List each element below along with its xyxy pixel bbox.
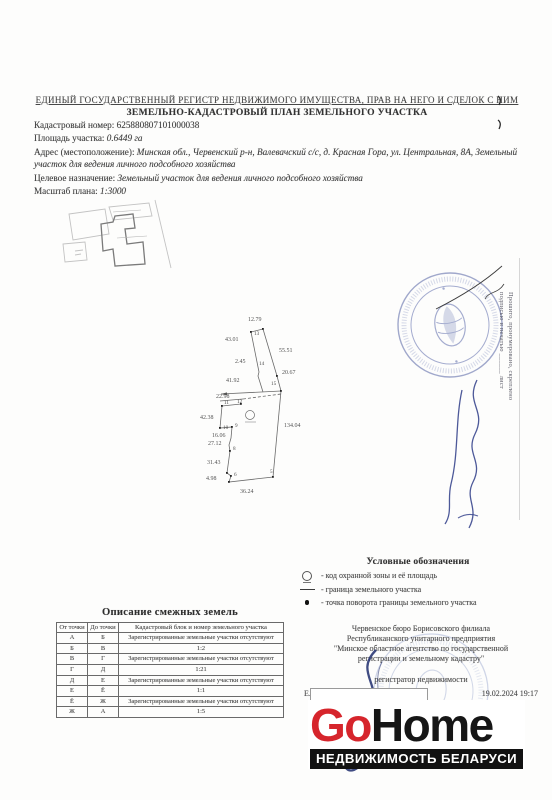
plan-measure: 20.67 xyxy=(282,370,296,376)
cell-block: 1:2 xyxy=(119,643,284,654)
plan-measure: 2.45 xyxy=(235,359,246,365)
cell-from: В xyxy=(57,654,88,665)
org-line-1: Червенское бюро Борисовского филиала xyxy=(300,624,542,634)
purpose-label: Целевое назначение: xyxy=(34,173,115,183)
plan-measure: 12.79 xyxy=(248,317,262,323)
col-header-block: Кадастровый блок и номер земельного учас… xyxy=(119,623,284,633)
table-row: Д Е Зарегистрированные земельные участки… xyxy=(57,675,284,686)
plan-vertex: 12 xyxy=(237,399,242,405)
cell-from: Ж xyxy=(57,707,88,718)
table-row: Ё Ж Зарегистрированные земельные участки… xyxy=(57,696,284,707)
cell-from: Е xyxy=(57,686,88,697)
legend-item-boundary-label: - граница земельного участка xyxy=(321,585,421,594)
plan-vertex: 9 xyxy=(235,423,238,429)
cell-block: 1:1 xyxy=(119,686,284,697)
area-line: Площадь участка: 0.6449 га xyxy=(34,132,520,144)
legend-item-zone-label: - код охранной зоны и её площадь xyxy=(321,571,437,580)
cadastral-number-value: 625880807101000038 xyxy=(117,120,200,130)
plan-measure: 41.92 xyxy=(226,378,240,384)
col-header-from: От точки xyxy=(57,623,88,633)
cell-block: 1:5 xyxy=(119,707,284,718)
cell-from: Ё xyxy=(57,696,88,707)
legend-item-turnpoint-label: - точка поворота границы земельного учас… xyxy=(321,598,477,607)
cell-to: Б xyxy=(88,633,119,644)
legend-item-zone: - код охранной зоны и её площадь xyxy=(298,571,538,581)
plan-measure: 31.43 xyxy=(207,460,221,466)
plan-measure: 4.98 xyxy=(206,476,217,482)
plan-vertex: 13 xyxy=(254,331,259,337)
legend-item-boundary: - граница земельного участка xyxy=(298,585,538,594)
plan-measure: 42.38 xyxy=(200,415,214,421)
cell-to: Ё xyxy=(88,686,119,697)
turn-point-icon xyxy=(298,598,316,605)
col-header-to: До точки xyxy=(88,623,119,633)
org-line-2: Республиканского унитарного предприятия xyxy=(300,634,542,644)
plan-vertex: 6 xyxy=(234,472,237,478)
protected-zone-code-symbol xyxy=(246,411,255,420)
address-line: Адрес (местоположение): Минская обл., Че… xyxy=(34,146,520,171)
plan-vertex: 14 xyxy=(259,361,264,367)
cell-block: 1:21 xyxy=(119,664,284,675)
adjacent-lands-title: Описание смежных земель xyxy=(56,607,284,618)
plan-measure: 43.01 xyxy=(225,337,239,343)
table-row: Е Ё 1:1 xyxy=(57,686,284,697)
cell-to: Е xyxy=(88,675,119,686)
plan-measure: 27.12 xyxy=(208,441,222,447)
zone-code-icon xyxy=(298,571,316,581)
plan-measure: 55.51 xyxy=(279,348,293,354)
logo-home-text: Home xyxy=(371,699,493,751)
cell-to: А xyxy=(88,707,119,718)
adjacent-lands-table: От точки До точки Кадастровый блок и ном… xyxy=(56,622,284,718)
legend: Условные обозначения - код охранной зоны… xyxy=(298,556,538,607)
logo-go-text: Go xyxy=(310,699,371,751)
cell-to: Ж xyxy=(88,696,119,707)
purpose-value: Земельный участок для ведения личного по… xyxy=(117,173,362,183)
plan-vertex: 8 xyxy=(233,446,236,452)
boundary-line-icon xyxy=(298,585,316,590)
inset-map-drawing xyxy=(55,194,187,274)
logo-tagline: НЕДВИЖИМОСТЬ БЕЛАРУСИ xyxy=(310,749,523,769)
table-row: Б В 1:2 xyxy=(57,643,284,654)
registrar-block: Червенское бюро Борисовского филиала Рес… xyxy=(300,624,542,698)
cadastral-number-line: Кадастровый номер: 625880807101000038 xyxy=(34,119,520,131)
purpose-line: Целевое назначение: Земельный участок дл… xyxy=(34,172,520,184)
registrar-role: регистратор недвижимости xyxy=(300,675,542,684)
legend-title: Условные обозначения xyxy=(298,556,538,567)
plan-vertex: 15 xyxy=(271,381,276,387)
cell-to: Г xyxy=(88,654,119,665)
cell-from: А xyxy=(57,633,88,644)
cell-block: Зарегистрированные земельные участки отс… xyxy=(119,696,284,707)
cell-block: Зарегистрированные земельные участки отс… xyxy=(119,633,284,644)
cell-from: Д xyxy=(57,675,88,686)
document-title: ЗЕМЕЛЬНО-КАДАСТРОВЫЙ ПЛАН ЗЕМЕЛЬНОГО УЧА… xyxy=(34,107,520,118)
cell-from: Б xyxy=(57,643,88,654)
gohome-logo: GoHome НЕДВИЖИМОСТЬ БЕЛАРУСИ xyxy=(308,700,525,769)
legend-item-turnpoint: - точка поворота границы земельного учас… xyxy=(298,598,538,607)
binding-note-line1: Прошито, пронумеровано, скреплено xyxy=(506,292,515,524)
plan-vertex: 10 xyxy=(223,425,228,431)
plan-measure: 36.24 xyxy=(240,489,254,495)
table-row: Ж А 1:5 xyxy=(57,707,284,718)
location-inset-map xyxy=(55,194,187,274)
area-value: 0.6449 га xyxy=(107,133,143,143)
cell-block: Зарегистрированные земельные участки отс… xyxy=(119,654,284,665)
cadastral-number-label: Кадастровый номер: xyxy=(34,120,114,130)
cell-from: Г xyxy=(57,664,88,675)
plan-vertex: 11 xyxy=(224,400,229,406)
parcel-plan: 12.79 43.01 55.51 2.45 20.67 41.92 22.98… xyxy=(193,314,315,510)
binding-note-rotated: Прошито, пронумеровано, скреплено подпис… xyxy=(497,292,514,524)
plan-measure: 16.06 xyxy=(212,433,226,439)
cell-to: Д xyxy=(88,664,119,675)
official-round-stamp-icon xyxy=(393,268,507,382)
org-line-3: "Минское областное агентство по государс… xyxy=(300,644,542,654)
area-label: Площадь участка: xyxy=(34,133,104,143)
table-row: В Г Зарегистрированные земельные участки… xyxy=(57,654,284,665)
scanned-land-plan-page: ЕДИНЫЙ ГОСУДАРСТВЕННЫЙ РЕГИСТР НЕДВИЖИМО… xyxy=(0,0,552,800)
address-label: Адрес (местоположение): xyxy=(34,147,135,157)
registration-datetime: 19.02.2024 19:17 xyxy=(482,689,538,698)
adjacent-lands-section: Описание смежных земель От точки До точк… xyxy=(56,607,284,718)
table-row: Г Д 1:21 xyxy=(57,664,284,675)
org-line-4: регистрации и земельному кадастру" xyxy=(300,654,542,664)
plan-vertex: 5 xyxy=(270,469,273,475)
gohome-wordmark: GoHome xyxy=(310,702,523,748)
cell-block: Зарегистрированные земельные участки отс… xyxy=(119,675,284,686)
binding-note-line2: подписью и печатью ______ лист xyxy=(497,292,506,524)
registry-title: ЕДИНЫЙ ГОСУДАРСТВЕННЫЙ РЕГИСТР НЕДВИЖИМО… xyxy=(34,95,520,105)
document-header: ЕДИНЫЙ ГОСУДАРСТВЕННЫЙ РЕГИСТР НЕДВИЖИМО… xyxy=(34,95,520,197)
page-fold-edge xyxy=(519,258,520,520)
cell-to: В xyxy=(88,643,119,654)
table-row: А Б Зарегистрированные земельные участки… xyxy=(57,633,284,644)
plan-measure: 134.04 xyxy=(284,423,301,429)
